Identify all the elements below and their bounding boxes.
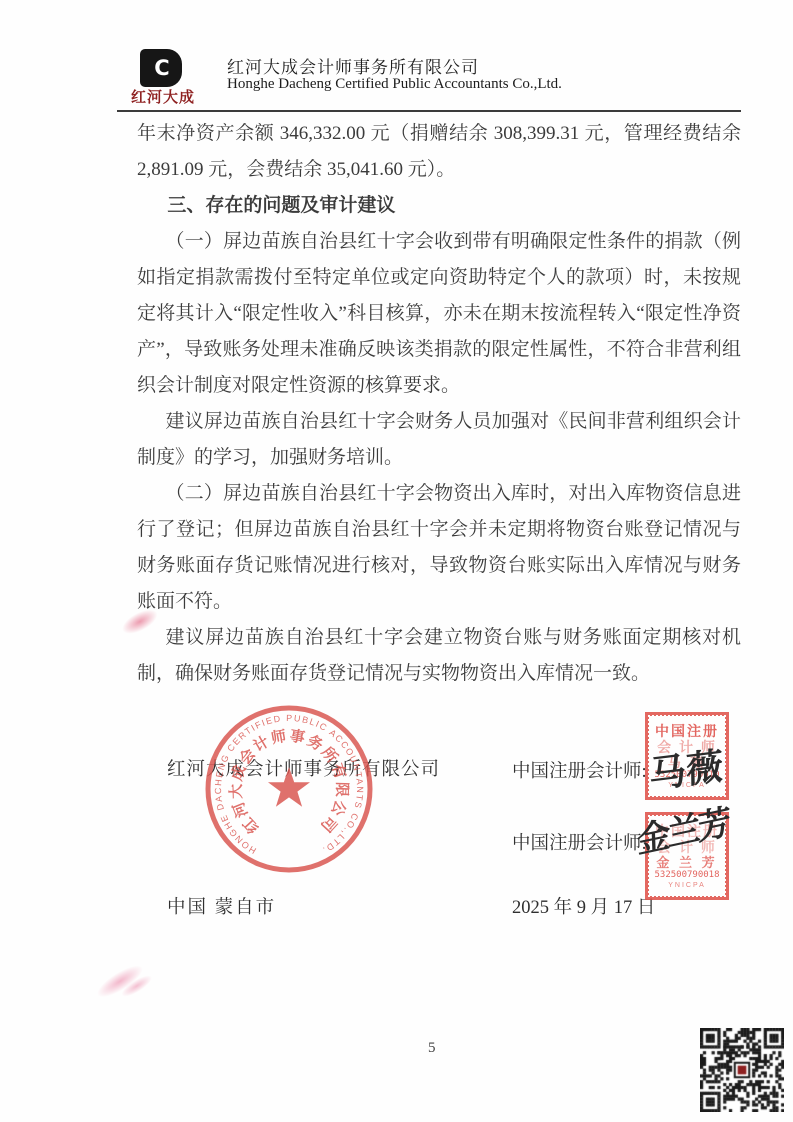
logo-caption: 红河大成 [131, 86, 201, 107]
qr-code [700, 1028, 784, 1112]
logo-letter: C [154, 58, 169, 79]
stamp-cpa-name: 马 薇 [668, 755, 707, 770]
recommendation-2: 建议屏边苗族自治县红十字会建立物资台账与财务账面定期核对机制，确保财务账面存货登… [137, 620, 741, 692]
finding-1: （一）屏边苗族自治县红十字会收到带有明确限定性条件的捐款（例如指定捐款需拨付至特… [137, 224, 741, 404]
section-heading: 三、存在的问题及审计建议 [137, 188, 741, 224]
ink-smudge [75, 934, 175, 1030]
company-name-cn: 红河大成会计师事务所有限公司 [227, 53, 479, 78]
cpa-stamp-1: 中国注册 会 计 师 马 薇 532500790010 YNICPA [645, 712, 729, 800]
stamp-org-code: YNICPA [668, 881, 706, 890]
cpa-stamp-2: 中国注册 会 计 师 金 兰 芳 532500790018 YNICPA [645, 812, 729, 900]
stamp-cpa-name: 金 兰 芳 [656, 855, 717, 870]
report-body: 年末净资产余额 346,332.00 元（捐赠结余 308,399.31 元，管… [137, 116, 741, 692]
recommendation-1: 建议屏边苗族自治县红十字会财务人员加强对《民间非营利组织会计制度》的学习，加强财… [137, 404, 741, 476]
company-logo-icon: C [140, 49, 182, 87]
header-divider [117, 110, 741, 112]
svg-text:HONGHE DACHENG CERTIFIED PUBLI: HONGHE DACHENG CERTIFIED PUBLIC ACCOUNTA… [213, 713, 365, 856]
cpa-label-1: 中国注册会计师: [512, 757, 647, 783]
stamp-title-line2: 会 计 师 [657, 739, 717, 755]
firm-signature-line: 红河大成会计师事务所有限公司 [167, 755, 440, 781]
stamp-license-number: 532500790010 [654, 770, 719, 781]
finding-2: （二）屏边苗族自治县红十字会物资出入库时，对出入库物资信息进行了登记；但屏边苗族… [137, 476, 741, 620]
company-name-en: Honghe Dacheng Certified Public Accounta… [227, 76, 562, 93]
seal-ring-text-cn: 红河大成会计师事务所有限公司 [228, 727, 351, 837]
stamp-org-code: YNICPA [668, 781, 706, 790]
page-number: 5 [428, 1040, 436, 1057]
stamp-license-number: 532500790018 [654, 870, 719, 881]
signing-location: 中国 蒙自市 [167, 893, 276, 919]
svg-text:红河大成会计师事务所有限公司: 红河大成会计师事务所有限公司 [228, 727, 351, 837]
company-round-seal: HONGHE DACHENG CERTIFIED PUBLIC ACCOUNTA… [203, 703, 375, 875]
signing-date: 2025 年 9 月 17 日 [512, 893, 655, 919]
document-page: C 红河大成 红河大成会计师事务所有限公司 Honghe Dacheng Cer… [0, 0, 793, 1122]
stamp-title-line1: 中国注册 [655, 823, 719, 839]
stamp-title-line1: 中国注册 [655, 723, 719, 739]
stamp-title-line2: 会 计 师 [657, 839, 717, 855]
paragraph-carryover: 年末净资产余额 346,332.00 元（捐赠结余 308,399.31 元，管… [137, 116, 741, 188]
seal-ring-text-en: HONGHE DACHENG CERTIFIED PUBLIC ACCOUNTA… [213, 713, 365, 856]
cpa-label-2: 中国注册会计师: [512, 829, 647, 855]
